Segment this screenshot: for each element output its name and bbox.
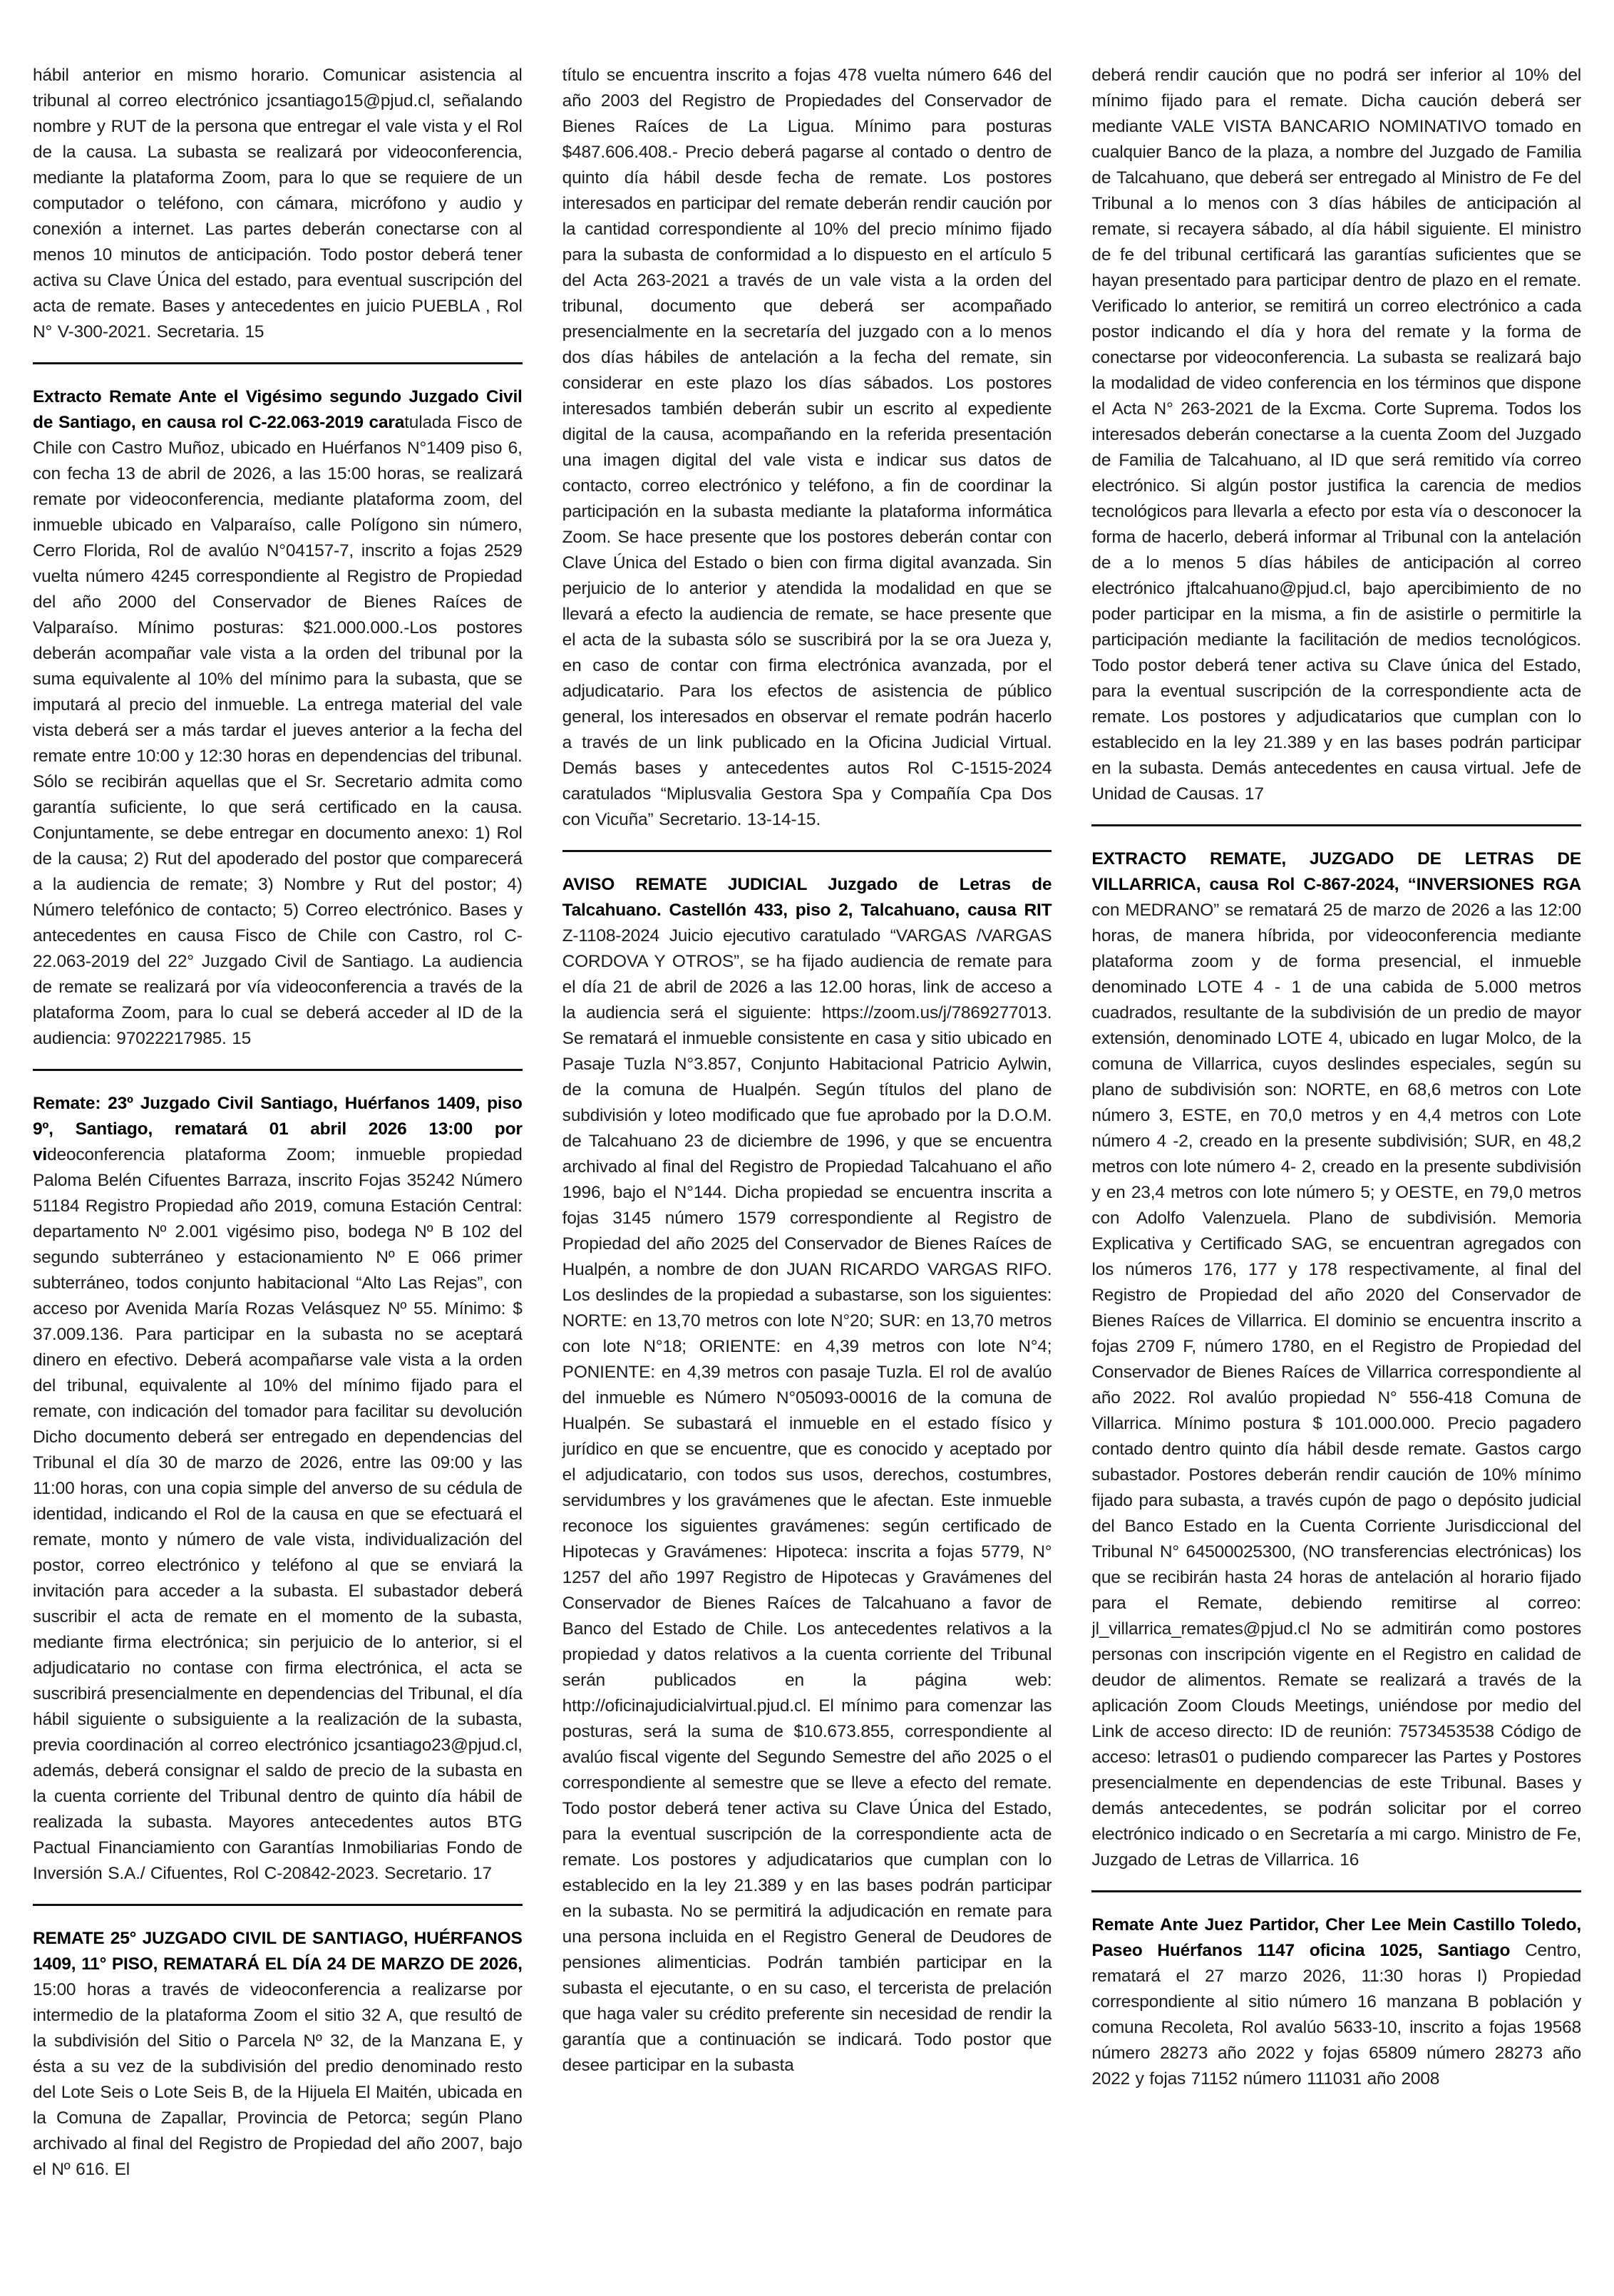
notice-divider — [562, 850, 1052, 852]
notice-lead: Remate Ante Juez Partidor, Cher Lee Mein… — [1091, 1915, 1581, 1960]
legal-notice: REMATE 25° JUZGADO CIVIL DE SANTIAGO, HU… — [33, 1926, 523, 2183]
notice-paragraph: Remate: 23º Juzgado Civil Santiago, Huér… — [33, 1091, 523, 1887]
notice-body: deberá rendir caución que no podrá ser i… — [1091, 66, 1581, 804]
notice-body: 15:00 horas a través de videoconferencia… — [33, 1980, 523, 2179]
notice-paragraph: EXTRACTO REMATE, JUZGADO DE LETRAS DE VI… — [1091, 846, 1581, 1873]
notice-lead: REMATE 25° JUZGADO CIVIL DE SANTIAGO, HU… — [33, 1929, 523, 1974]
column-3: deberá rendir caución que no podrá ser i… — [1091, 63, 1581, 2267]
notice-paragraph: Extracto Remate Ante el Vigésimo segundo… — [33, 384, 523, 1052]
notice-lead: EXTRACTO REMATE, JUZGADO DE LETRAS DE VI… — [1091, 849, 1581, 894]
notice-paragraph: deberá rendir caución que no podrá ser i… — [1091, 63, 1581, 807]
notice-divider — [33, 1904, 523, 1906]
column-1: hábil anterior en mismo horario. Comunic… — [33, 63, 523, 2267]
notice-paragraph: REMATE 25° JUZGADO CIVIL DE SANTIAGO, HU… — [33, 1926, 523, 2183]
legal-notice: AVISO REMATE JUDICIAL Juzgado de Letras … — [562, 872, 1052, 2079]
notice-paragraph: hábil anterior en mismo horario. Comunic… — [33, 63, 523, 345]
notice-divider — [1091, 1890, 1581, 1892]
legal-notice: EXTRACTO REMATE, JUZGADO DE LETRAS DE VI… — [1091, 846, 1581, 1873]
notice-paragraph: AVISO REMATE JUDICIAL Juzgado de Letras … — [562, 872, 1052, 2079]
notice-divider — [1091, 824, 1581, 826]
notice-body: deoconferencia plataforma Zoom; inmueble… — [33, 1145, 523, 1883]
notice-body: título se encuentra inscrito a fojas 478… — [562, 66, 1052, 829]
notice-body: hábil anterior en mismo horario. Comunic… — [33, 66, 523, 342]
legal-notice: deberá rendir caución que no podrá ser i… — [1091, 63, 1581, 807]
notice-divider — [33, 362, 523, 364]
notice-paragraph: Remate Ante Juez Partidor, Cher Lee Mein… — [1091, 1912, 1581, 2092]
notice-paragraph: título se encuentra inscrito a fojas 478… — [562, 63, 1052, 833]
notice-body: Centro, rematará el 27 marzo 2026, 11:30… — [1091, 1941, 1581, 2089]
column-2: título se encuentra inscrito a fojas 478… — [562, 63, 1052, 2267]
legal-notice: Extracto Remate Ante el Vigésimo segundo… — [33, 384, 523, 1052]
notice-body: con MEDRANO” se rematará 25 de marzo de … — [1091, 901, 1581, 1870]
legal-notice: Remate Ante Juez Partidor, Cher Lee Mein… — [1091, 1912, 1581, 2092]
legal-notice: título se encuentra inscrito a fojas 478… — [562, 63, 1052, 833]
legal-notice: hábil anterior en mismo horario. Comunic… — [33, 63, 523, 345]
notice-divider — [33, 1069, 523, 1071]
notice-lead: AVISO REMATE JUDICIAL Juzgado de Letras … — [562, 875, 1052, 920]
notice-body: Z-1108-2024 Juicio ejecutivo caratulado … — [562, 926, 1052, 2075]
newspaper-page: hábil anterior en mismo horario. Comunic… — [0, 0, 1614, 2296]
legal-notice: Remate: 23º Juzgado Civil Santiago, Huér… — [33, 1091, 523, 1887]
notice-body: tulada Fisco de Chile con Castro Muñoz, … — [33, 413, 523, 1048]
